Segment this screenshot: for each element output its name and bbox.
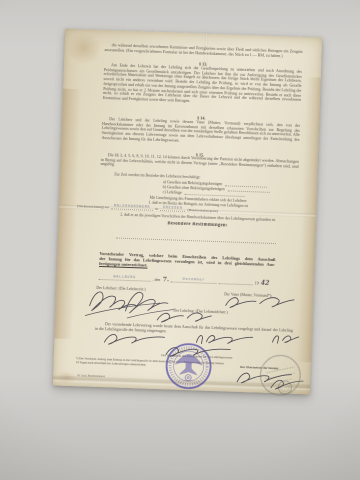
trade-category-label: (Handwerkskategorie) bbox=[187, 208, 217, 213]
blank-dotted-rule bbox=[116, 235, 276, 245]
date-place-typed: WALLBURG bbox=[99, 275, 151, 282]
printer-mark: W. Graf, Buchdruckerei bbox=[77, 373, 105, 378]
trade-typed-value: MALERHANDWERK bbox=[111, 204, 154, 210]
paper-stain bbox=[297, 77, 321, 362]
registration-place-handwriting bbox=[104, 334, 164, 346]
section-13-body: Am Ende der Lehrzeit hat der Lehrling si… bbox=[103, 63, 302, 108]
date-year-prefix: 19 bbox=[255, 280, 259, 285]
trade-mid-label: in bbox=[155, 206, 158, 210]
vater-signature-label: Der Vater (Mutter, Vormund*): bbox=[224, 292, 296, 299]
contract-document-paper: die während derselben erworbenen Kenntni… bbox=[53, 29, 322, 395]
registration-paragraph: Der vorstehende Lehrvertrag wurde heute … bbox=[95, 322, 293, 338]
lehrling-signature-label: Der Lehrling: (Das Lehrmädchen:) bbox=[148, 308, 252, 316]
section-14-body: Der Lehrherr und der Lehrling sowie dess… bbox=[101, 117, 300, 147]
dotted-fill-line bbox=[185, 190, 245, 196]
paragraph-top: die während derselben erworbenen Kenntni… bbox=[105, 43, 303, 59]
trade-designation-label: (Werkbezeichnung) zur bbox=[77, 204, 109, 209]
paper-stain bbox=[54, 89, 81, 339]
date-month-typed: Dezember bbox=[171, 277, 217, 284]
lehrherr-signature-label: Der Lehrherr: (Die Lehrherrin:) bbox=[96, 286, 145, 292]
date-day-handwritten: 7. bbox=[162, 278, 169, 282]
eagle-seal-stamp-icon bbox=[164, 341, 214, 391]
date-year-handwritten: 42 bbox=[261, 282, 270, 286]
faint-round-stamp-icon bbox=[258, 353, 304, 399]
place-typed-value: DRESDEN bbox=[160, 206, 186, 212]
lehrherr-signature bbox=[89, 292, 136, 313]
date-den-label: , den bbox=[153, 277, 161, 282]
employment-item-label: c) Lehrlinge bbox=[163, 190, 182, 195]
dotted-fill-line bbox=[219, 280, 253, 285]
date-line: WALLBURG , den 7. Dezember 19 42 bbox=[99, 275, 299, 287]
